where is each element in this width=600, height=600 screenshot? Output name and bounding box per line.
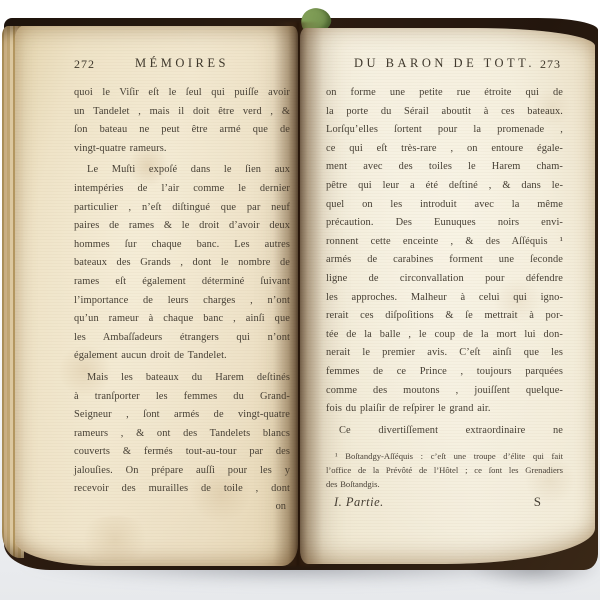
text-line: couverts & fermés tout-au-tour par des xyxy=(74,443,290,462)
text-line: l’office de la Prévôté de l’Hôtel ; ce ſ… xyxy=(326,463,563,477)
right-page-body: on forme une petite rue étroite qui dela… xyxy=(326,84,563,440)
text-line: précaution. Des Eunuques noirs envi- xyxy=(326,214,563,233)
left-page: 272 MÉMOIRES quoi le Viſir eſt le ſeul q… xyxy=(15,26,298,566)
text-line: ligne de circonvallation pour défendre xyxy=(326,270,563,289)
text-line: particulier , n’eſt diſtingué que par ne… xyxy=(74,199,290,218)
text-line: un Tandelet , mais il doit être verd , & xyxy=(74,103,290,122)
right-page: DU BARON DE TOTT. 273 on forme une petit… xyxy=(300,28,595,564)
right-page-content: DU BARON DE TOTT. 273 on forme une petit… xyxy=(326,56,563,510)
footnote: ¹ Boſtandgy-Aſſéquis : c’eſt une troupe … xyxy=(326,449,563,491)
text-line: la porte du Sérail aboutit à ces bateaux… xyxy=(326,103,563,122)
page-footer-line: I. Partie. S xyxy=(326,494,563,510)
text-line: hommes ſur chaque banc. Les autres xyxy=(74,236,290,255)
left-page-number: 272 xyxy=(74,57,95,72)
text-line: ſon bateau ne peut être armé que de xyxy=(74,121,290,140)
left-page-header: 272 MÉMOIRES xyxy=(74,56,290,76)
text-line: à tranſporter les femmes du Grand- xyxy=(74,388,290,407)
text-line: fois du plaiſir de reſpirer le grand air… xyxy=(326,400,563,419)
text-line: comme des moutons , jouiſſent quelque- xyxy=(326,382,563,401)
text-line: les approches. Malheur à celui qui igno- xyxy=(326,289,563,308)
photo-background: 272 MÉMOIRES quoi le Viſir eſt le ſeul q… xyxy=(0,0,600,600)
text-line: intempéries de l’air comme le dernier xyxy=(74,180,290,199)
text-line: qu’un rameur à chaque banc , ainſi que xyxy=(74,310,290,329)
text-line: rameurs , & ont des Tandelets blancs xyxy=(74,425,290,444)
text-line: quel on les introduit avec la même xyxy=(326,196,563,215)
left-page-body: quoi le Viſir eſt le ſeul qui puiſſe avo… xyxy=(74,84,290,499)
text-line: l’importance de leurs charges , n’ont xyxy=(74,292,290,311)
text-line: armés de carabines forment une ſeconde xyxy=(326,251,563,270)
left-running-title: MÉMOIRES xyxy=(135,56,229,70)
text-line: les Ambaſſadeurs étrangers qui n’ont xyxy=(74,329,290,348)
text-line: quoi le Viſir eſt le ſeul qui puiſſe avo… xyxy=(74,84,290,103)
text-line: des Boſtandgis. xyxy=(326,477,563,491)
right-page-header: DU BARON DE TOTT. 273 xyxy=(326,56,563,76)
text-line: nerait le premier avis. C’eſt ainſi que … xyxy=(326,344,563,363)
part-label: I. Partie. xyxy=(326,495,384,510)
text-line: vingt-quatre rameurs. xyxy=(74,140,290,159)
text-line: bateaux des Grands , dont le nombre de xyxy=(74,254,290,273)
text-line: rames eſt également déterminé ſuivant xyxy=(74,273,290,292)
text-line: femmes de ce Prince , toujours parquées xyxy=(326,363,563,382)
text-line: ce qui eſt très-rare , on entoure égale- xyxy=(326,140,563,159)
text-line: Ce divertiſſement extraordinaire ne xyxy=(326,422,563,441)
text-line: jalouſies. On prépare auſſi pour les y xyxy=(74,462,290,481)
paper-stain xyxy=(75,516,155,562)
left-page-catchword: on xyxy=(74,499,290,515)
text-line: également aucun droit de Tandelet. xyxy=(74,347,290,366)
text-line: pêtre qui leur a été deſtiné , & dans le… xyxy=(326,177,563,196)
text-line: Seigneur , ſont armés de vingt-quatre xyxy=(74,406,290,425)
text-line: rerait ces diſpoſitions & ſe mettrait à … xyxy=(326,307,563,326)
text-line: Lorſqu’elles ſortent pour la promenade , xyxy=(326,121,563,140)
right-running-title: DU BARON DE TOTT. xyxy=(354,56,535,70)
signature-mark: S xyxy=(534,494,563,510)
text-line: Le Muſti expoſé dans le ſien aux xyxy=(74,161,290,180)
text-line: on forme une petite rue étroite qui de xyxy=(326,84,563,103)
text-line: tée de la balle , le coup de la mort lui… xyxy=(326,326,563,345)
text-line: ¹ Boſtandgy-Aſſéquis : c’eſt une troupe … xyxy=(326,449,563,463)
left-page-content: 272 MÉMOIRES quoi le Viſir eſt le ſeul q… xyxy=(74,56,290,515)
text-line: ment avec des toiles le Harem cham- xyxy=(326,158,563,177)
text-line: Mais les bateaux du Harem deſtinés xyxy=(74,369,290,388)
text-line: recevoir des murailles de toile , dont xyxy=(74,480,290,499)
text-line: ronnent cette enceinte , & des Aſſéquis … xyxy=(326,233,563,252)
text-line: paires de rames & le droit d’avoir deux xyxy=(74,217,290,236)
right-page-number: 273 xyxy=(540,57,561,72)
